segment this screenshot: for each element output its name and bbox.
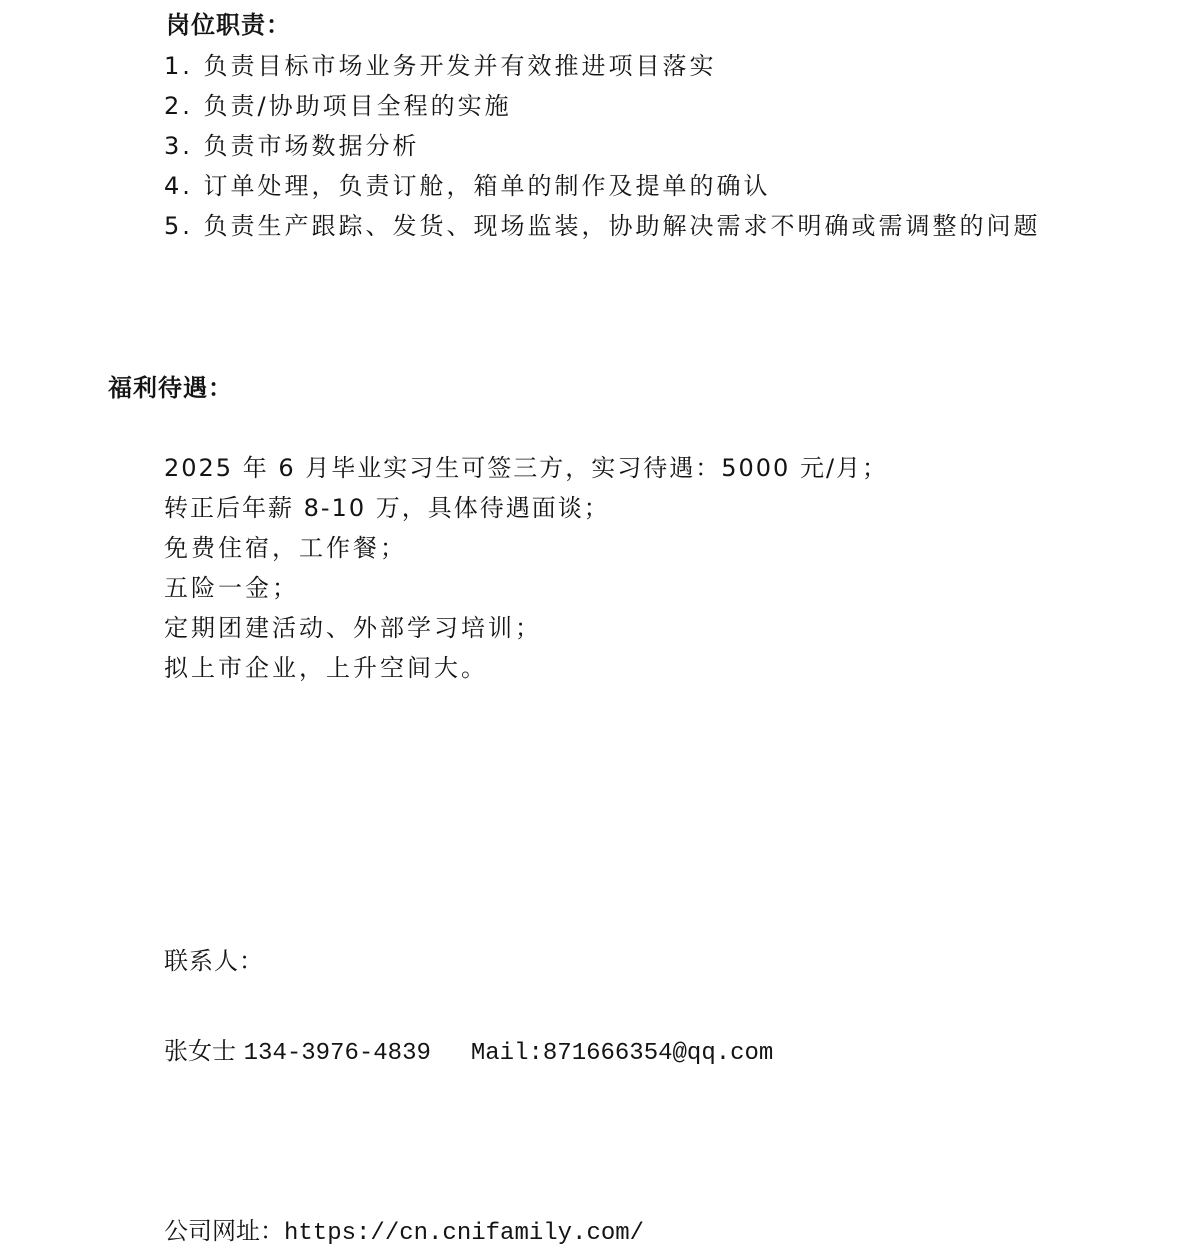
benefit-item: 拟上市企业，上升空间大。 (164, 653, 488, 683)
benefit-item: 转正后年薪 8-10 万，具体待遇面谈； (164, 493, 610, 523)
duty-item: 3. 负责市场数据分析 (164, 131, 420, 161)
benefit-item: 定期团建活动、外部学习培训； (164, 613, 542, 643)
contact-heading: 联系人： (164, 946, 264, 976)
website-label: 公司网址： (164, 1217, 284, 1245)
duty-item: 2. 负责/协助项目全程的实施 (164, 91, 512, 121)
contact-phone[interactable]: 134-3976-4839 (244, 1040, 431, 1067)
website-line: 公司网址：https://cn.cnifamily.com/ (164, 1216, 644, 1249)
contact-line: 张女士 134-3976-4839Mail:871666354@qq.com (164, 1036, 773, 1069)
contact-email[interactable]: 871666354@qq.com (543, 1040, 773, 1067)
website-link[interactable]: https://cn.cnifamily.com/ (284, 1220, 644, 1247)
duty-item: 5. 负责生产跟踪、发货、现场监装，协助解决需求不明确或需调整的问题 (164, 211, 1041, 241)
benefit-item: 五险一金； (164, 573, 299, 603)
duties-heading: 岗位职责： (166, 10, 291, 40)
duty-item: 1. 负责目标市场业务开发并有效推进项目落实 (164, 51, 717, 81)
benefit-item: 2025 年 6 月毕业实习生可签三方，实习待遇：5000 元/月； (164, 453, 888, 483)
duty-item: 4. 订单处理，负责订舱，箱单的制作及提单的确认 (164, 171, 771, 201)
benefits-heading: 福利待遇： (108, 373, 233, 403)
contact-mail-label: Mail: (471, 1040, 543, 1067)
benefit-item: 免费住宿，工作餐； (164, 533, 407, 563)
contact-name: 张女士 (164, 1037, 236, 1065)
